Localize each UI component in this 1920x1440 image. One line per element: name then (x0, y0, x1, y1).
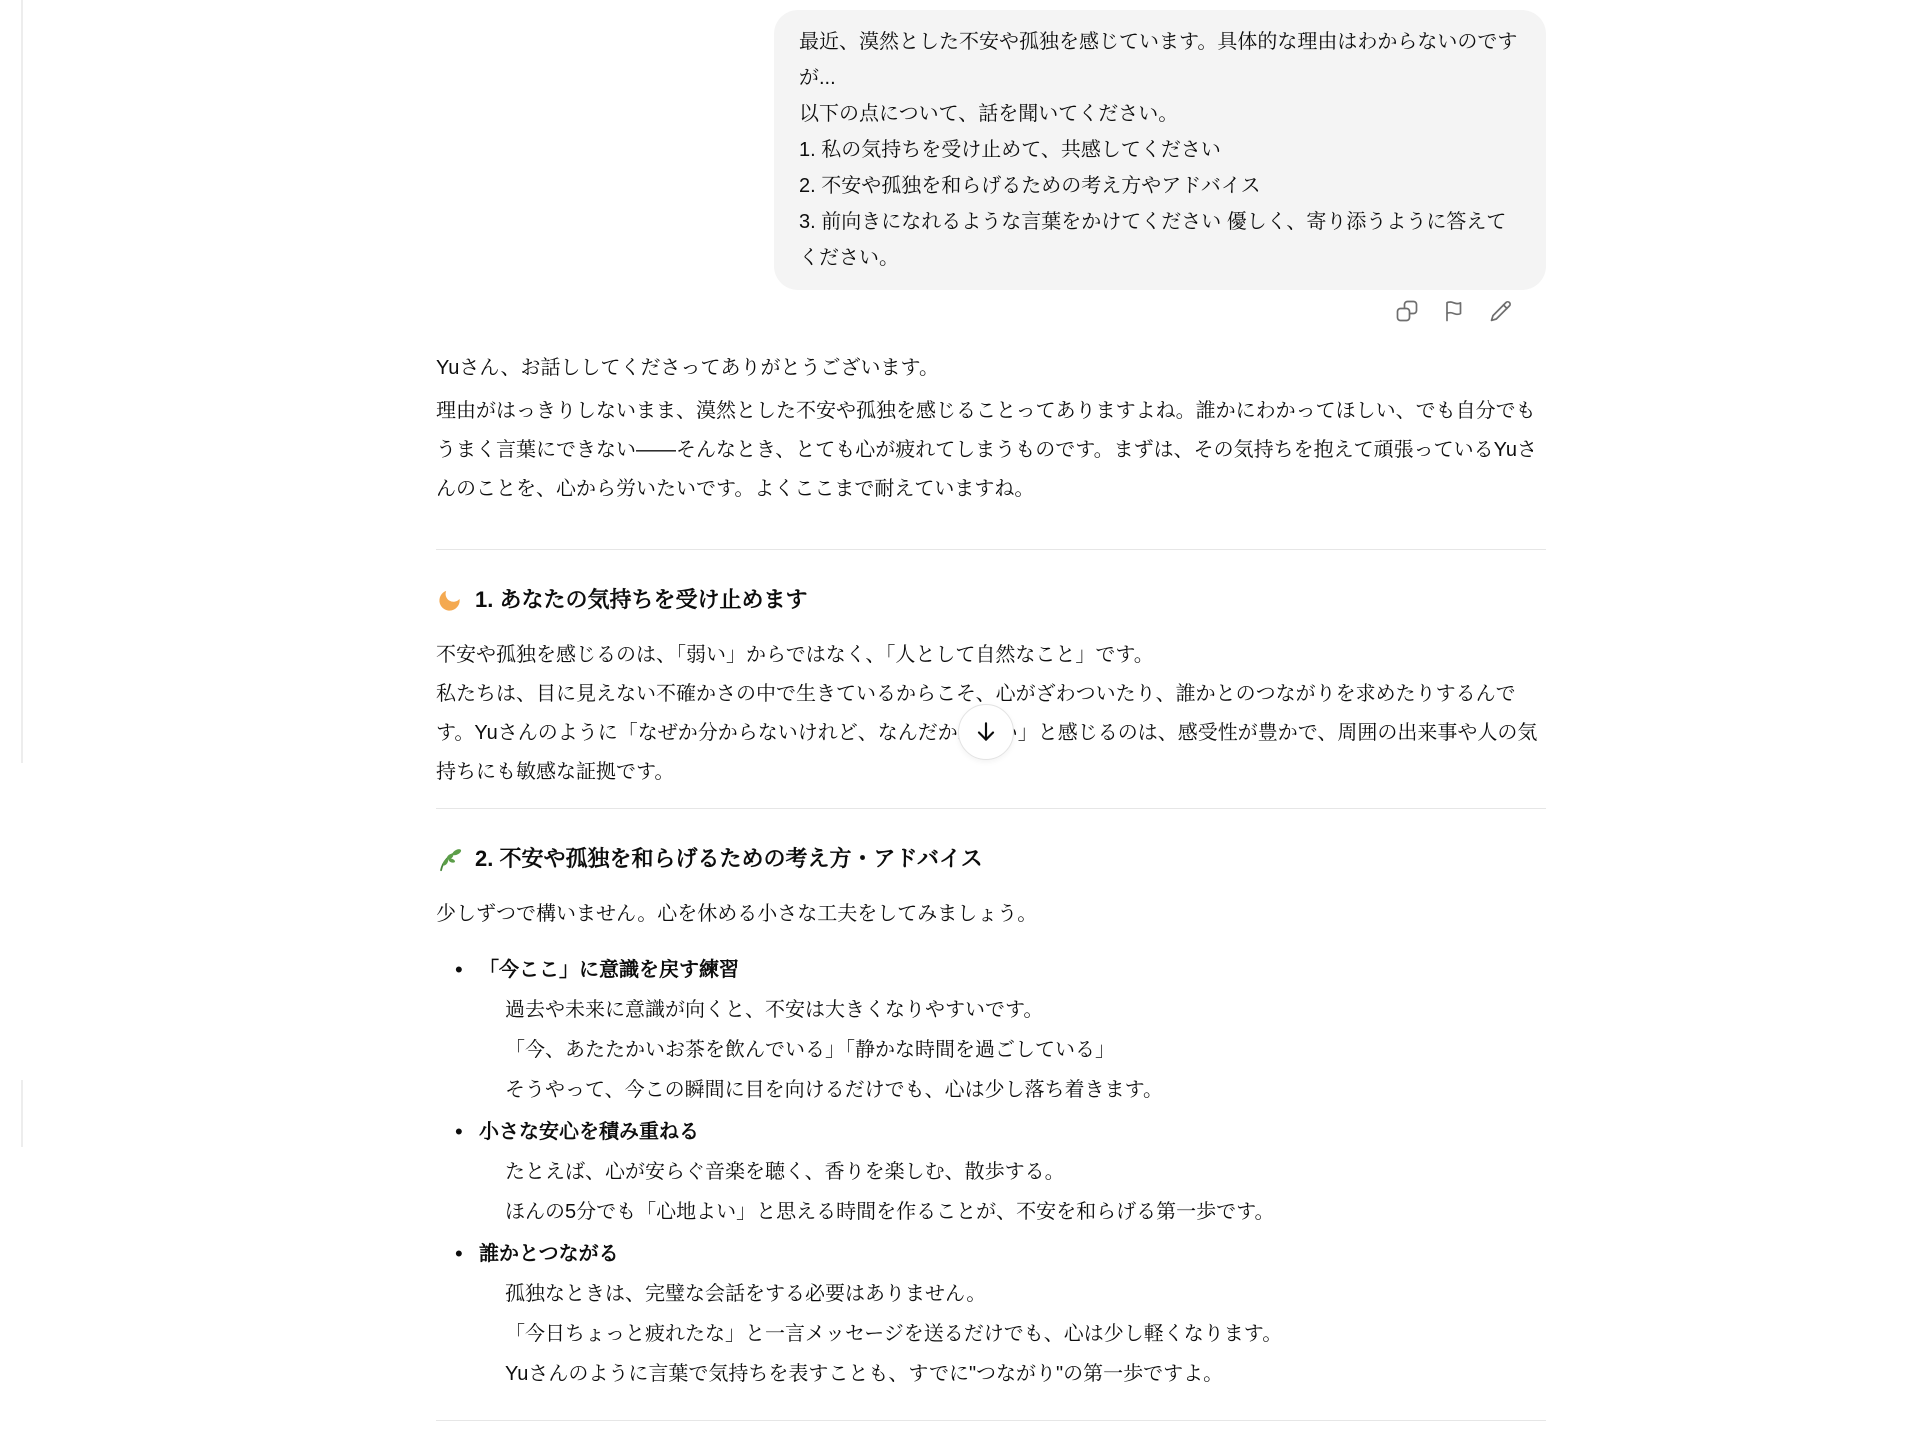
user-message-actions (436, 298, 1514, 324)
left-edge-line-bottom (21, 1080, 23, 1147)
section-1-heading: 1. あなたの気持ちを受け止めます (436, 584, 1546, 616)
user-message-bubble: 最近、漠然とした不安や孤独を感じています。具体的な理由はわからないのですが...… (774, 10, 1546, 290)
edit-button[interactable] (1488, 298, 1514, 324)
bullet-line: 「今、あたたかいお茶を飲んでいる」「静かな時間を過ごしている」 (505, 1030, 1546, 1070)
bullet-line: そうやって、今この瞬間に目を向けるだけでも、心は少し落ち着きます。 (505, 1070, 1546, 1110)
user-message-row: 最近、漠然とした不安や孤独を感じています。具体的な理由はわからないのですが...… (436, 10, 1546, 290)
bullet-line: Yuさんのように言葉で気持ちを表すことも、すでに"つながり"の第一歩ですよ。 (505, 1354, 1546, 1394)
section-divider (436, 1420, 1546, 1421)
herb-icon (436, 846, 463, 873)
flag-icon (1442, 299, 1466, 323)
section-1-lead: 不安や孤独を感じるのは、「弱い」からではなく、「人として自然なこと」です。 (436, 636, 1546, 675)
advice-list-item: 誰かとつながる 孤独なときは、完璧な会話をする必要はありません。「今日ちょっと疲… (455, 1234, 1546, 1394)
assistant-intro-line: Yuさん、お話ししてくださってありがとうございます。 (436, 350, 1546, 386)
copy-icon (1395, 299, 1419, 323)
pencil-icon (1489, 299, 1513, 323)
section-2-lead: 少しずつで構いません。心を休める小さな工夫をしてみましょう。 (436, 895, 1546, 934)
bullet-line: 「今日ちょっと疲れたな」と一言メッセージを送るだけでも、心は少し軽くなります。 (505, 1314, 1546, 1354)
section-1-heading-text: 1. あなたの気持ちを受け止めます (475, 584, 807, 616)
section-2-heading-text: 2. 不安や孤独を和らげるための考え方・アドバイス (475, 843, 983, 875)
assistant-intro-body: 理由がはっきりしないまま、漠然とした不安や孤独を感じることってありますよね。誰か… (436, 392, 1546, 509)
bullet-lines: 孤独なときは、完璧な会話をする必要はありません。「今日ちょっと疲れたな」と一言メ… (479, 1274, 1546, 1394)
arrow-down-icon (973, 719, 999, 745)
bullet-title: 誰かとつながる (479, 1234, 1546, 1274)
assistant-message: Yuさん、お話ししてくださってありがとうございます。 理由がはっきりしないまま、… (436, 350, 1546, 1421)
bullet-line: たとえば、心が安らぐ音楽を聴く、香りを楽しむ、散歩する。 (505, 1152, 1546, 1192)
section-2-heading: 2. 不安や孤独を和らげるための考え方・アドバイス (436, 843, 1546, 875)
report-flag-button[interactable] (1441, 298, 1467, 324)
left-edge-line-top (21, 0, 23, 763)
advice-list-item: 「今ここ」に意識を戻す練習 過去や未来に意識が向くと、不安は大きくなりやすいです… (455, 950, 1546, 1110)
section-divider (436, 808, 1546, 809)
bullet-title: 「今ここ」に意識を戻す練習 (479, 950, 1546, 990)
advice-list: 「今ここ」に意識を戻す練習 過去や未来に意識が向くと、不安は大きくなりやすいです… (436, 950, 1546, 1394)
bullet-title: 小さな安心を積み重ねる (479, 1112, 1546, 1152)
bullet-line: 過去や未来に意識が向くと、不安は大きくなりやすいです。 (505, 990, 1546, 1030)
section-divider (436, 549, 1546, 550)
bullet-lines: たとえば、心が安らぐ音楽を聴く、香りを楽しむ、散歩する。ほんの5分でも「心地よい… (479, 1152, 1546, 1232)
bullet-line: ほんの5分でも「心地よい」と思える時間を作ることが、不安を和らげる第一歩です。 (505, 1192, 1546, 1232)
bullet-lines: 過去や未来に意識が向くと、不安は大きくなりやすいです。「今、あたたかいお茶を飲ん… (479, 990, 1546, 1110)
copy-button[interactable] (1394, 298, 1420, 324)
advice-list-item: 小さな安心を積み重ねる たとえば、心が安らぐ音楽を聴く、香りを楽しむ、散歩する。… (455, 1112, 1546, 1232)
scroll-to-bottom-button[interactable] (958, 704, 1014, 760)
crescent-moon-icon (433, 584, 466, 617)
bullet-line: 孤独なときは、完璧な会話をする必要はありません。 (505, 1274, 1546, 1314)
